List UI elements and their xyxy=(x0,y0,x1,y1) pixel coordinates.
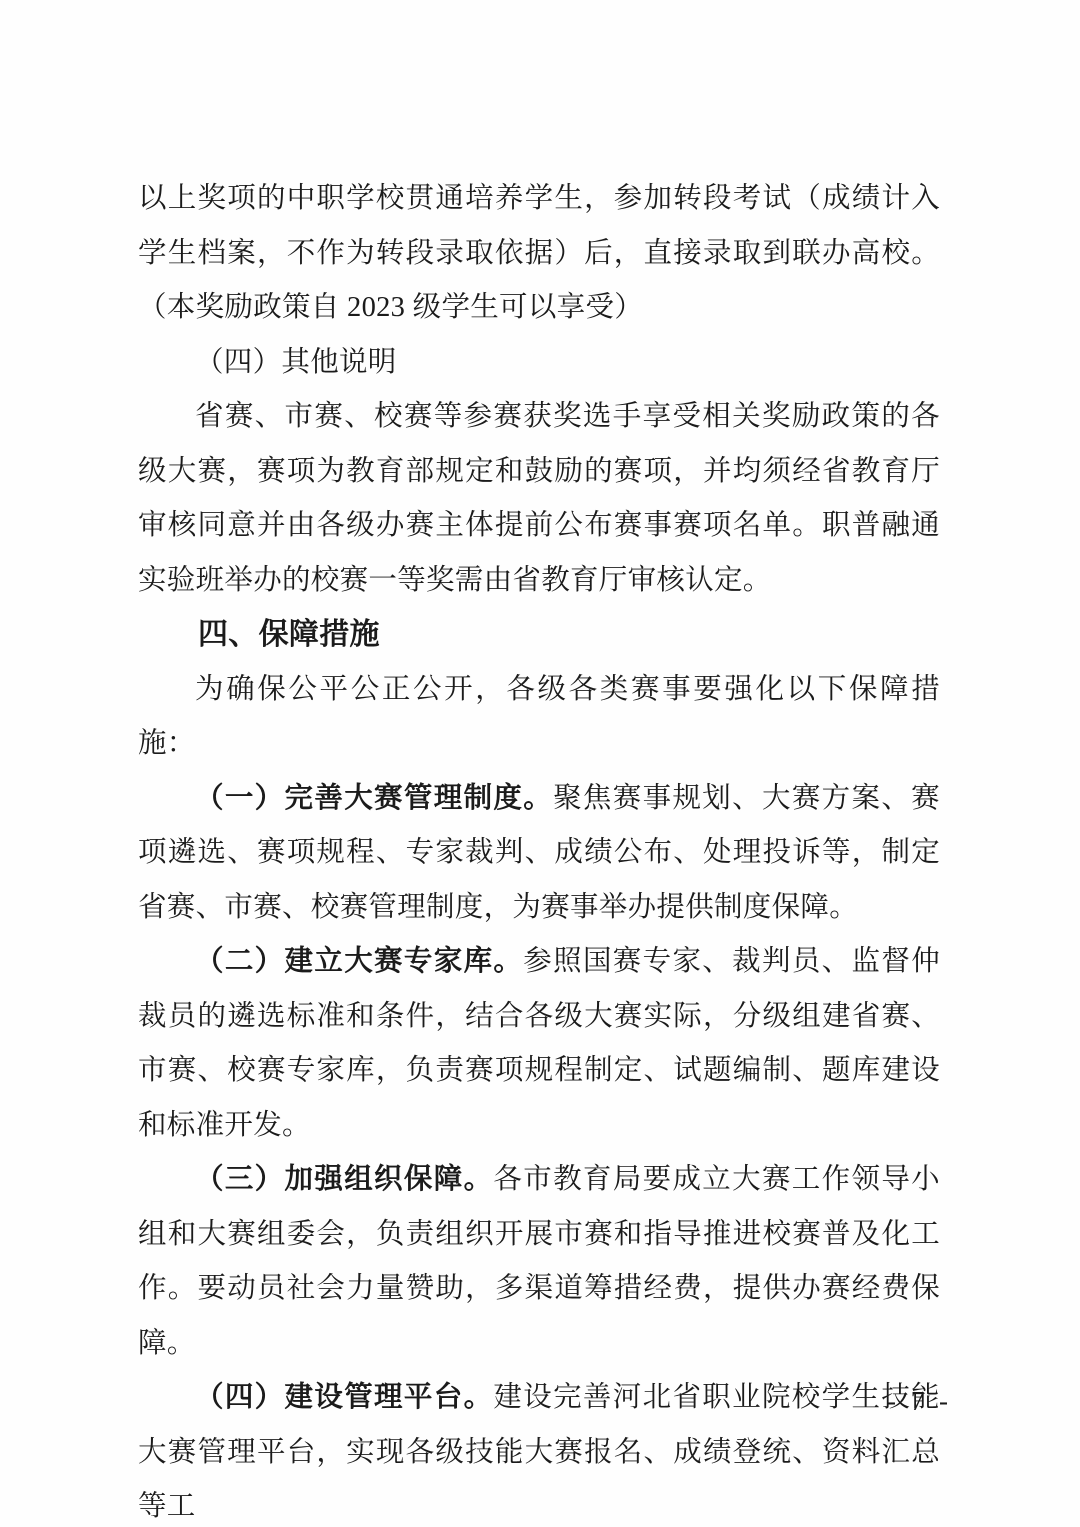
paragraph-intro: 为确保公平公正公开，各级各类赛事要强化以下保障措施： xyxy=(138,663,940,772)
document-page: 以上奖项的中职学校贯通培养学生，参加转段考试（成绩计入学生档案，不作为转段录取依… xyxy=(0,0,1080,1527)
paragraph-other-notes: 省赛、市赛、校赛等参赛获奖选手享受相关奖励政策的各级大赛，赛项为教育部规定和鼓励… xyxy=(138,390,940,608)
paragraph-item-1: （一）完善大赛管理制度。聚焦赛事规划、大赛方案、赛项遴选、赛项规程、专家裁判、成… xyxy=(138,772,940,936)
document-body: 以上奖项的中职学校贯通培养学生，参加转段考试（成绩计入学生档案，不作为转段录取依… xyxy=(138,172,940,1527)
item-2-lead: （二）建立大赛专家库。 xyxy=(195,946,523,977)
paragraph-continuation: 以上奖项的中职学校贯通培养学生，参加转段考试（成绩计入学生档案，不作为转段录取依… xyxy=(138,172,940,336)
paragraph-item-3: （三）加强组织保障。各市教育局要成立大赛工作领导小组和大赛组委会，负责组织开展市… xyxy=(138,1153,940,1371)
item-4-lead: （四）建设管理平台。 xyxy=(195,1382,493,1413)
item-3-lead: （三）加强组织保障。 xyxy=(195,1164,493,1195)
subsection-heading-other-notes: （四）其他说明 xyxy=(138,336,940,391)
section-heading-safeguard-measures: 四、保障措施 xyxy=(138,608,940,663)
item-1-lead: （一）完善大赛管理制度。 xyxy=(195,783,553,814)
paragraph-item-2: （二）建立大赛专家库。参照国赛专家、裁判员、监督仲裁员的遴选标准和条件，结合各级… xyxy=(138,935,940,1153)
page-number: - 7 - xyxy=(887,1386,952,1417)
paragraph-item-4: （四）建设管理平台。建设完善河北省职业院校学生技能大赛管理平台，实现各级技能大赛… xyxy=(138,1371,940,1527)
